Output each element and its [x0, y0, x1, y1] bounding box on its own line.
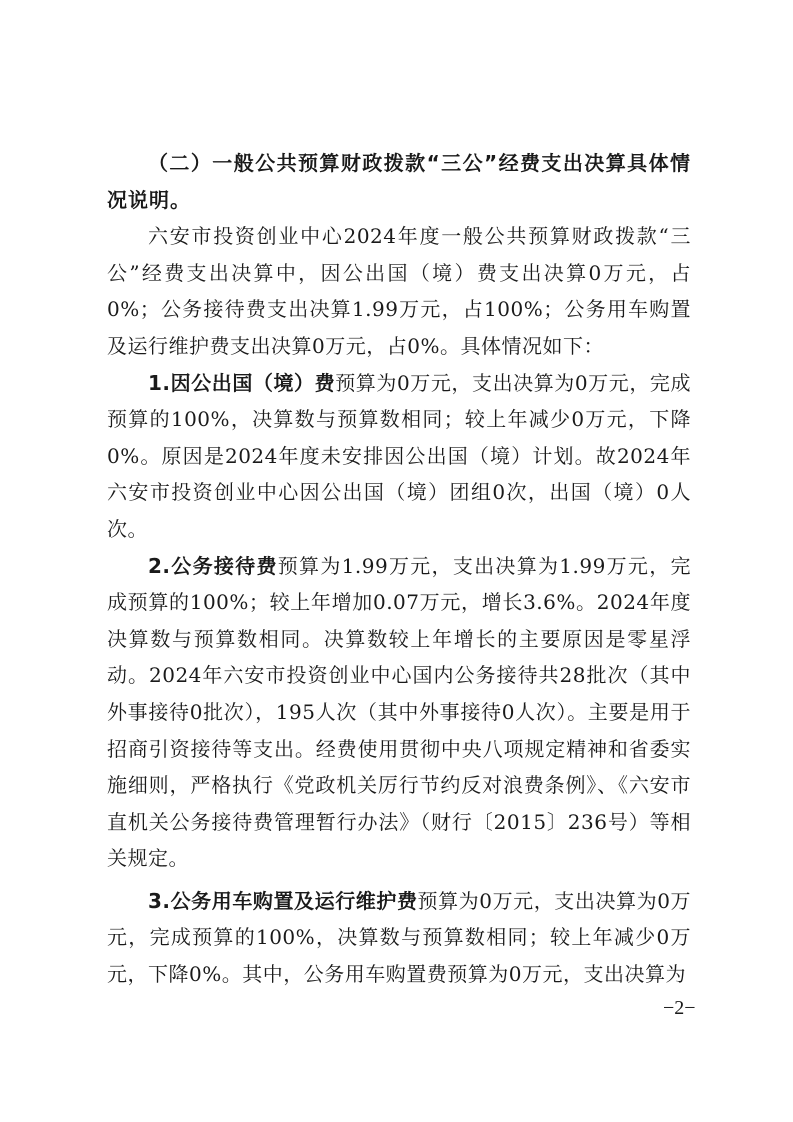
item-lead-overseas-travel: 1.因公出国（境）费 — [148, 371, 335, 395]
item-paragraph-reception: 2.公务接待费预算为1.99万元，支出决算为1.99万元，完成预算的100%；较… — [107, 548, 691, 877]
intro-paragraph: 六安市投资创业中心2024年度一般公共预算财政拨款“三公”经费支出决算中，因公出… — [107, 218, 691, 364]
section-heading: （二）一般公共预算财政拨款“三公”经费支出决算具体情况说明。 — [107, 145, 691, 218]
item-paragraph-overseas-travel: 1.因公出国（境）费预算为0万元，支出决算为0万元，完成预算的100%，决算数与… — [107, 365, 691, 548]
page-number: −2− — [663, 997, 696, 1020]
item-text-overseas-travel: 预算为0万元，支出决算为0万元，完成预算的100%，决算数与预算数相同；较上年减… — [107, 371, 691, 541]
item-paragraph-vehicles: 3.公务用车购置及运行维护费预算为0万元，支出决算为0万元，完成预算的100%，… — [107, 883, 691, 993]
document-page: （二）一般公共预算财政拨款“三公”经费支出决算具体情况说明。 六安市投资创业中心… — [107, 145, 691, 993]
item-lead-reception: 2.公务接待费 — [148, 554, 278, 578]
item-text-reception: 预算为1.99万元，支出决算为1.99万元，完成预算的100%；较上年增加0.0… — [107, 554, 691, 871]
item-lead-vehicles: 3.公务用车购置及运行维护费 — [148, 889, 418, 913]
